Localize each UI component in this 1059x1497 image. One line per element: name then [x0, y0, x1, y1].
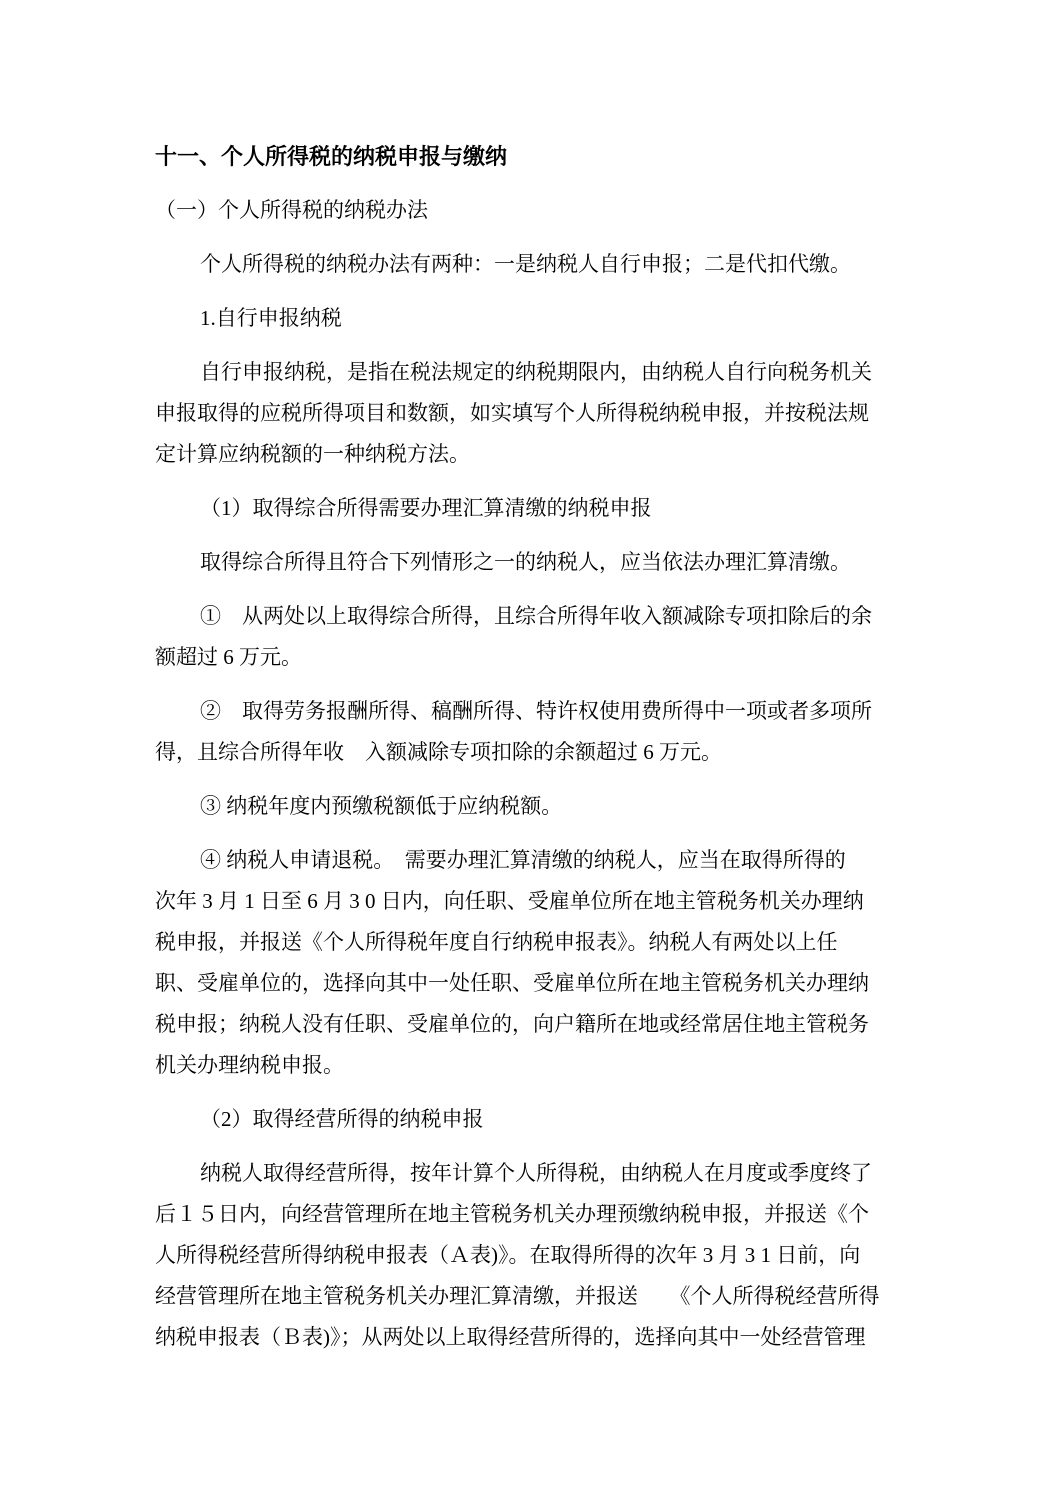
section-1-heading: （一）个人所得税的纳税办法: [155, 190, 917, 231]
text-line: 个人所得税的纳税办法有两种：一是纳税人自行申报；二是代扣代缴。: [200, 252, 851, 276]
text-line: ① 从两处以上取得综合所得，且综合所得年收入额减除专项扣除后的余: [200, 604, 872, 628]
text-line: 取得综合所得且符合下列情形之一的纳税人，应当依法办理汇算清缴。: [200, 550, 851, 574]
text-line: 经营管理所在地主管税务机关办理汇算清缴，并报送 《个人所得税经营所得: [155, 1284, 880, 1308]
paragraph-business-income: 纳税人取得经营所得，按年计算个人所得税，由纳税人在月度或季度终了后１５日内，向经…: [155, 1153, 917, 1358]
paragraph-intro: 个人所得税的纳税办法有两种：一是纳税人自行申报；二是代扣代缴。: [155, 244, 917, 285]
paragraph-comprehensive-income: 取得综合所得且符合下列情形之一的纳税人，应当依法办理汇算清缴。: [155, 542, 917, 583]
text-line: 次年 3 月 1 日至 6 月 3 0 日内，向任职、受雇单位所在地主管税务机关…: [155, 889, 864, 913]
text-line: （2）取得经营所得的纳税申报: [200, 1107, 484, 1131]
text-line: 得，且综合所得年收 入额减除专项扣除的余额超过 6 万元。: [155, 740, 722, 764]
text-line: 税申报，并报送《个人所得税年度自行纳税申报表》。纳税人有两处以上任: [155, 930, 838, 954]
text-line: （一）个人所得税的纳税办法: [155, 198, 428, 222]
paragraph-self-declare-definition: 自行申报纳税，是指在税法规定的纳税期限内，由纳税人自行向税务机关申报取得的应税所…: [155, 352, 917, 475]
document-content: 十一、个人所得税的纳税申报与缴纳（一）个人所得税的纳税办法个人所得税的纳税办法有…: [155, 136, 917, 1371]
text-line: 职、受雇单位的，选择向其中一处任职、受雇单位所在地主管税务机关办理纳: [155, 971, 869, 995]
list-item-circle-1: ① 从两处以上取得综合所得，且综合所得年收入额减除专项扣除后的余额超过 6 万元…: [155, 596, 917, 678]
list-item-circle-2: ② 取得劳务报酬所得、稿酬所得、特许权使用费所得中一项或者多项所得，且综合所得年…: [155, 691, 917, 773]
text-line: 十一、个人所得税的纳税申报与缴纳: [155, 144, 507, 169]
text-line: 申报取得的应税所得项目和数额，如实填写个人所得税纳税申报，并按税法规: [155, 401, 869, 425]
text-line: 税申报；纳税人没有任职、受雇单位的，向户籍所在地或经常居住地主管税务: [155, 1012, 869, 1036]
text-line: 自行申报纳税，是指在税法规定的纳税期限内，由纳税人自行向税务机关: [200, 360, 872, 384]
text-line: 后１５日内，向经营管理所在地主管税务机关办理预缴纳税申报，并报送《个: [155, 1202, 869, 1226]
text-line: ② 取得劳务报酬所得、稿酬所得、特许权使用费所得中一项或者多项所: [200, 699, 872, 723]
item-2-heading: （2）取得经营所得的纳税申报: [155, 1099, 917, 1140]
text-line: 1.自行申报纳税: [200, 306, 342, 330]
text-line: 定计算应纳税额的一种纳税方法。: [155, 442, 470, 466]
text-line: 额超过 6 万元。: [155, 645, 302, 669]
document-heading: 十一、个人所得税的纳税申报与缴纳: [155, 136, 917, 177]
text-line: 纳税申报表（Ｂ表)》；从两处以上取得经营所得的，选择向其中一处经营管理: [155, 1325, 866, 1349]
text-line: （1）取得综合所得需要办理汇算清缴的纳税申报: [200, 496, 652, 520]
text-line: ④ 纳税人申请退税。 需要办理汇算清缴的纳税人，应当在取得所得的: [200, 848, 846, 872]
item-1-heading: （1）取得综合所得需要办理汇算清缴的纳税申报: [155, 488, 917, 529]
text-line: 纳税人取得经营所得，按年计算个人所得税，由纳税人在月度或季度终了: [200, 1161, 872, 1185]
text-line: 机关办理纳税申报。: [155, 1053, 344, 1077]
list-item-circle-4: ④ 纳税人申请退税。 需要办理汇算清缴的纳税人，应当在取得所得的次年 3 月 1…: [155, 840, 917, 1086]
text-line: 人所得税经营所得纳税申报表（Ａ表)》。在取得所得的次年 3 月 3 1 日前，向: [155, 1243, 860, 1267]
subsection-1-heading: 1.自行申报纳税: [155, 298, 917, 339]
text-line: ③ 纳税年度内预缴税额低于应纳税额。: [200, 794, 562, 818]
document-page: 十一、个人所得税的纳税申报与缴纳（一）个人所得税的纳税办法个人所得税的纳税办法有…: [0, 0, 1059, 1497]
list-item-circle-3: ③ 纳税年度内预缴税额低于应纳税额。: [155, 786, 917, 827]
